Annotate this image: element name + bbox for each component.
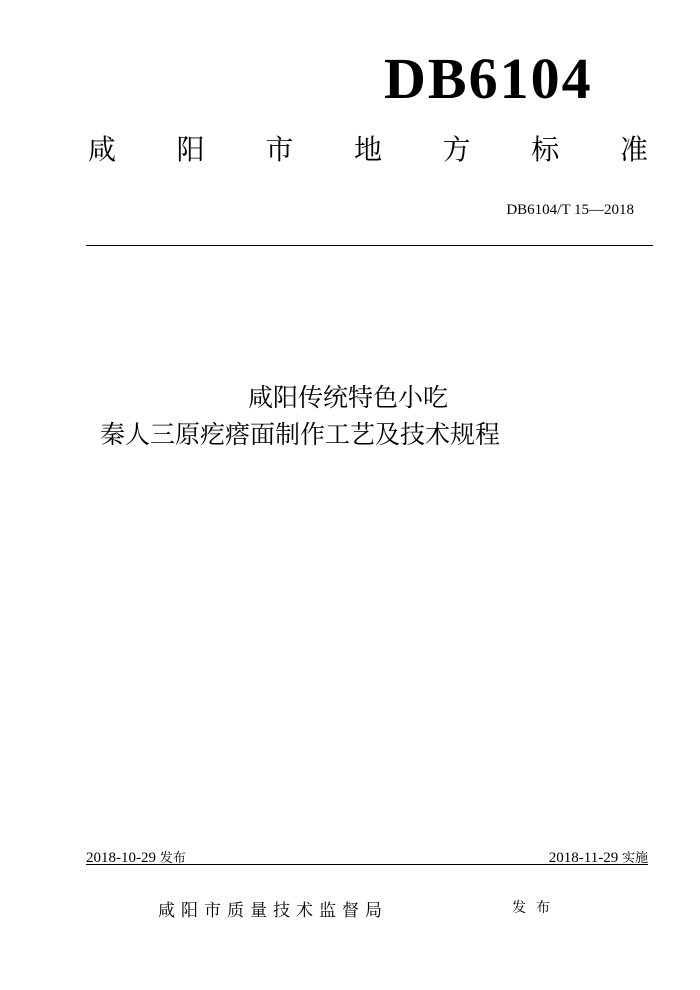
document-title-line1: 咸阳传统特色小吃 (0, 385, 698, 410)
issue-label: 发布 (512, 897, 560, 917)
standard-type-char: 地 (354, 136, 382, 164)
standard-type-char: 市 (265, 136, 293, 164)
bottom-divider (86, 864, 648, 865)
top-divider (86, 245, 653, 246)
standard-code: DB6104 (384, 50, 593, 108)
standard-type-char: 标 (531, 136, 559, 164)
document-title-line2: 秦人三原疙瘩面制作工艺及技术规程 (0, 422, 650, 447)
standard-type: 咸 阳 市 地 方 标 准 (88, 136, 648, 164)
standard-type-char: 阳 (177, 136, 205, 164)
standard-number: DB6104/T 15—2018 (506, 202, 634, 219)
standard-type-char: 准 (620, 136, 648, 164)
issuer: 咸阳市质量技术监督局 (158, 896, 388, 921)
standard-type-char: 咸 (88, 136, 116, 164)
standard-type-char: 方 (443, 136, 471, 164)
